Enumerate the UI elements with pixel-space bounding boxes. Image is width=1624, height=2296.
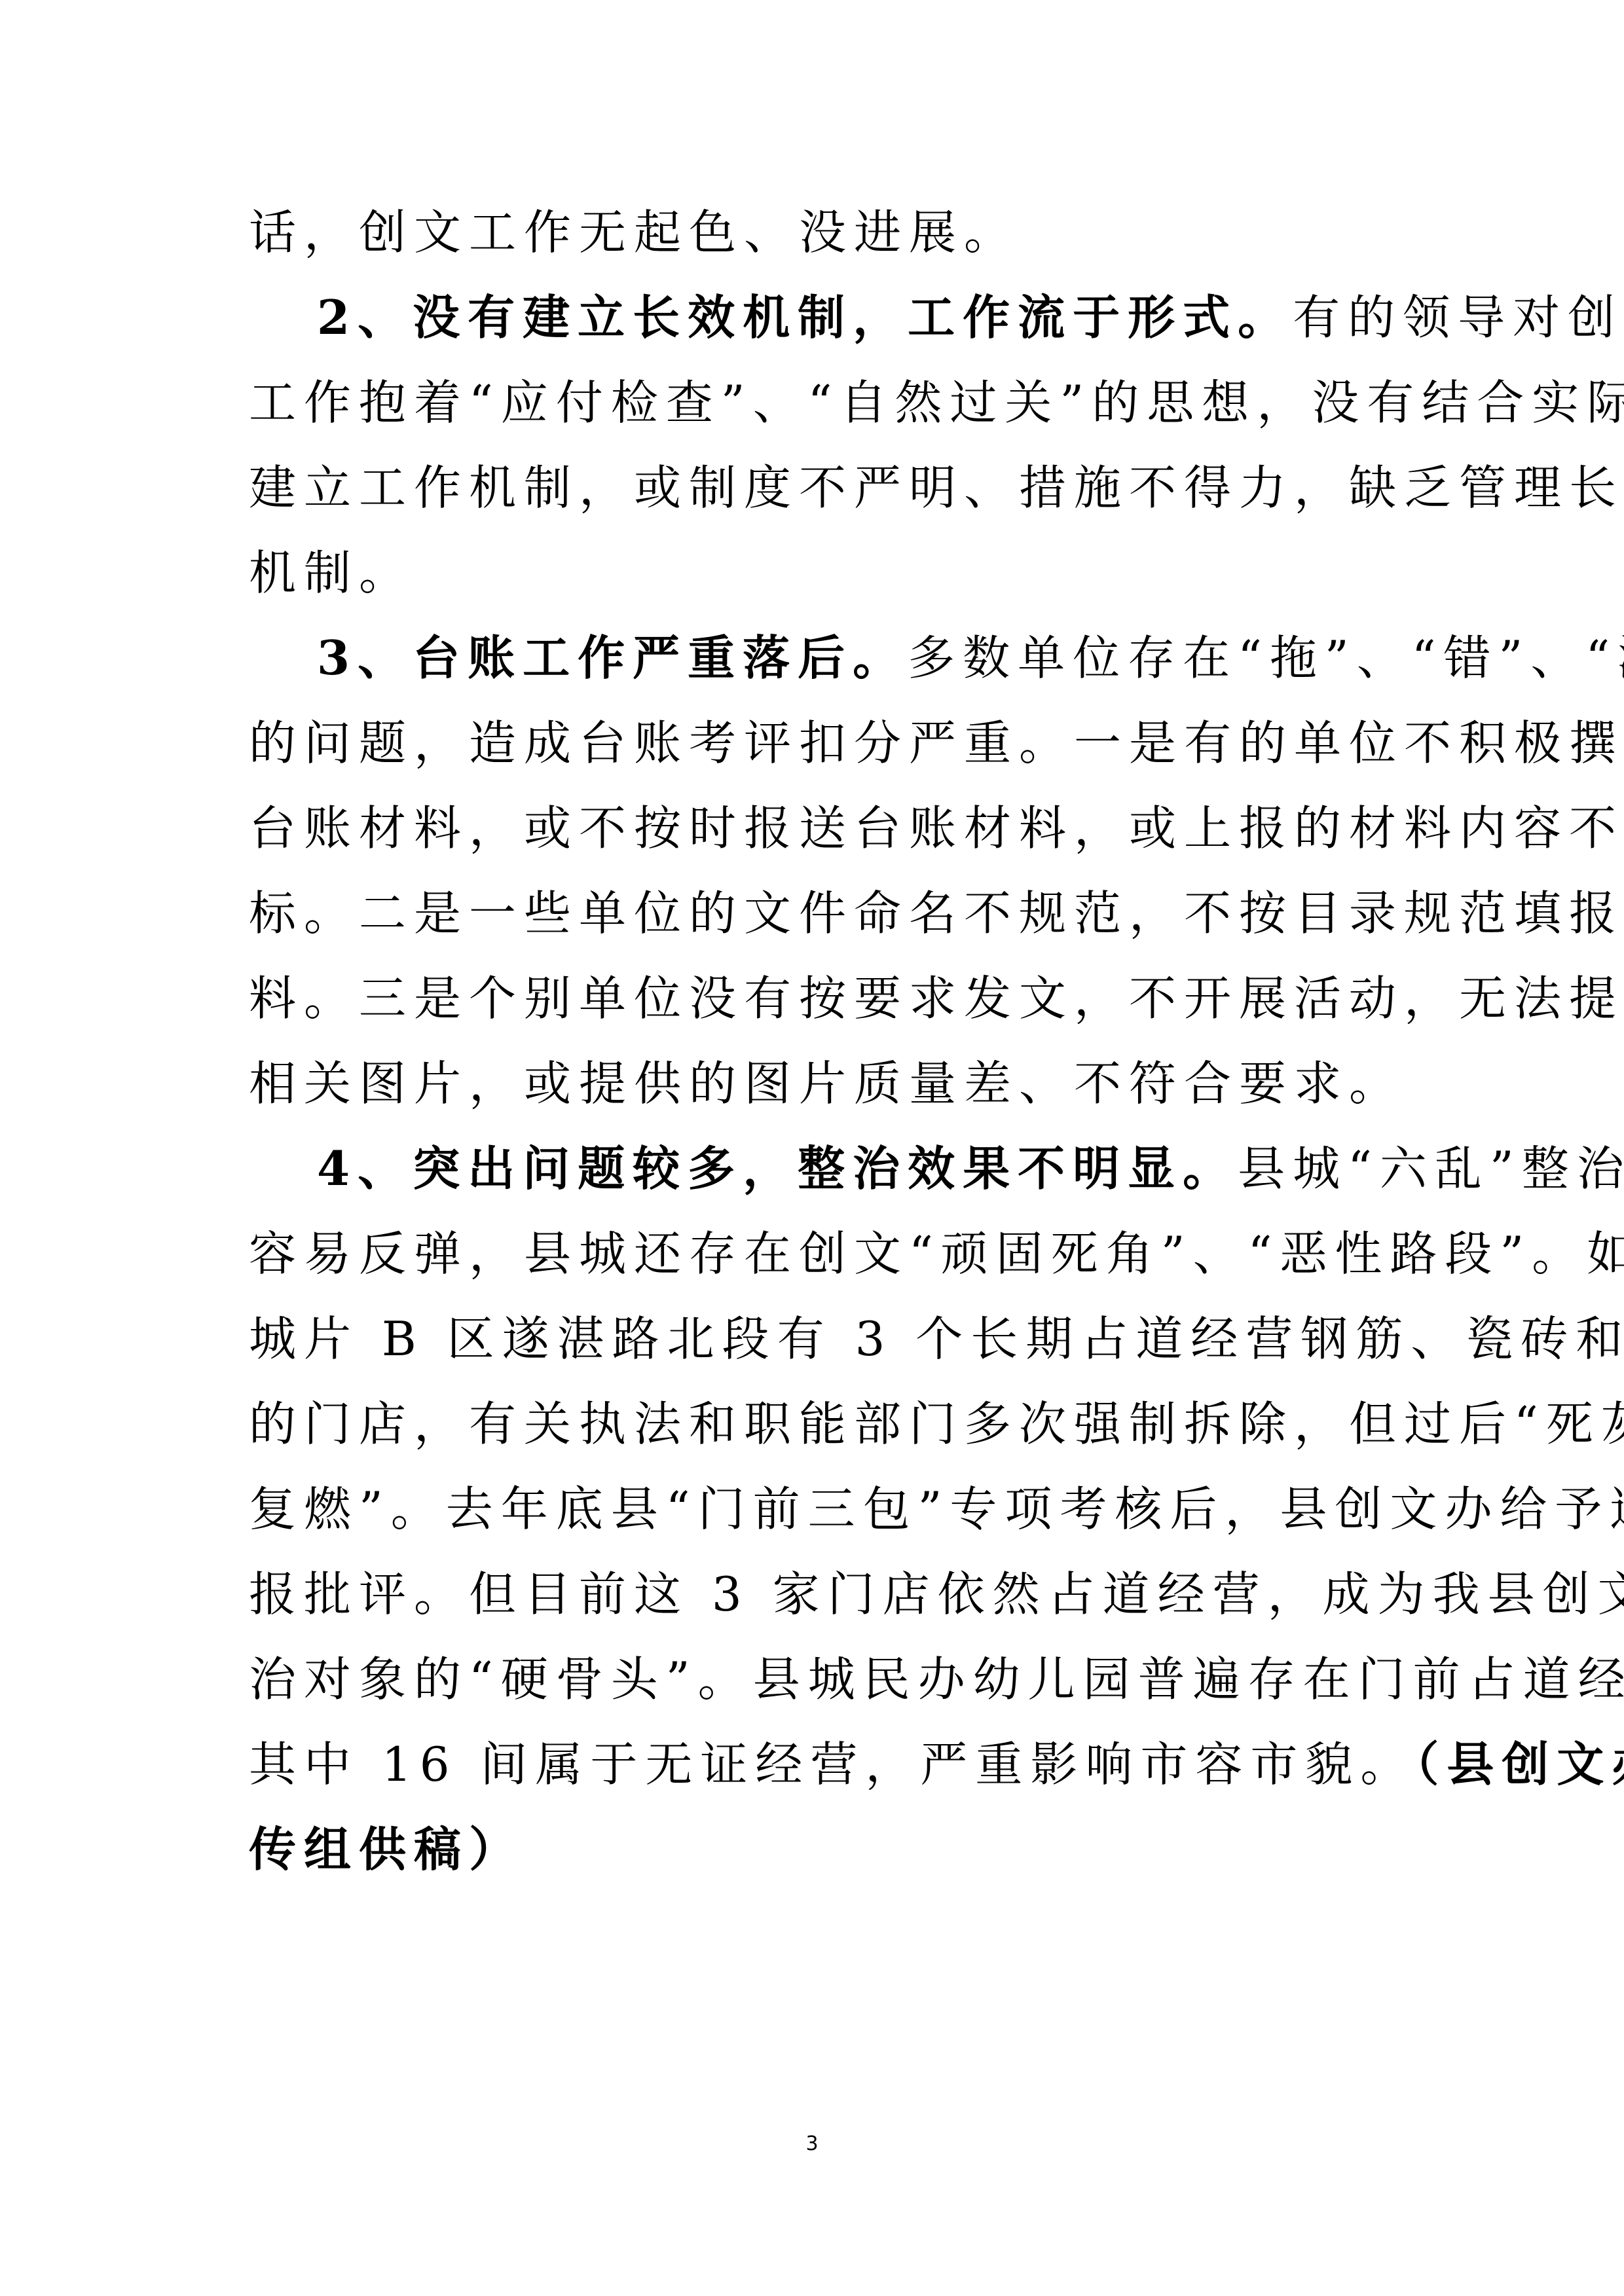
text-segment: 的门店，有关执法和职能部门多次强制拆除，但过后“死灰 [249, 1396, 1624, 1451]
text-segment: 有的领导对创文 [1293, 290, 1624, 345]
text-line: 建立工作机制，或制度不严明、措施不得力，缺乏管理长效 [249, 445, 1392, 530]
text-line: 机制。 [249, 530, 1392, 615]
text-segment: 机制。 [249, 545, 414, 600]
text-segment: 台账材料，或不按时报送台账材料，或上报的材料内容不对 [249, 801, 1624, 856]
text-segment: 县城“六乱”整治 [1238, 1141, 1624, 1196]
text-line: 相关图片，或提供的图片质量差、不符合要求。 [249, 1041, 1392, 1126]
text-segment: 相关图片，或提供的图片质量差、不符合要求。 [249, 1056, 1404, 1111]
text-line: 城片 B 区遂湛路北段有 3 个长期占道经营钢筋、瓷砖和饭店 [249, 1296, 1392, 1381]
text-line: 容易反弹，县城还存在创文“顽固死角”、“恶性路段”。如附 [249, 1211, 1392, 1296]
document-body: 话，创文工作无起色、没进展。2、没有建立长效机制，工作流于形式。有的领导对创文工… [249, 190, 1392, 1892]
text-line: 话，创文工作无起色、没进展。 [249, 190, 1392, 275]
text-segment: 报批评。但目前这 3 家门店依然占道经营，成为我县创文整 [249, 1567, 1624, 1622]
text-segment: 料。三是个别单位没有按要求发文，不开展活动，无法提供 [249, 971, 1624, 1026]
text-line: 料。三是个别单位没有按要求发文，不开展活动，无法提供 [249, 956, 1392, 1041]
text-segment: 的问题，造成台账考评扣分严重。一是有的单位不积极撰写 [249, 716, 1624, 771]
paragraph-p1-continuation: 话，创文工作无起色、没进展。 [249, 190, 1392, 275]
bold-text-segment: 4、突出问题较多，整治效果不明显。 [317, 1140, 1238, 1196]
text-segment: 其中 16 间属于无证经营，严重影响市容市貌。 [249, 1737, 1415, 1792]
bold-text-segment: 2、没有建立长效机制，工作流于形式。 [317, 289, 1293, 345]
paragraph-p3: 3、台账工作严重落后。多数单位存在“拖”、“错”、“漏”的问题，造成台账考评扣分… [249, 615, 1392, 1126]
text-line: 传组供稿） [249, 1807, 1392, 1892]
paragraph-p4: 4、突出问题较多，整治效果不明显。县城“六乱”整治容易反弹，县城还存在创文“顽固… [249, 1126, 1392, 1892]
bold-text-segment: 传组供稿） [249, 1821, 524, 1877]
text-line: 台账材料，或不按时报送台账材料，或上报的材料内容不对 [249, 786, 1392, 871]
text-segment: 建立工作机制，或制度不严明、措施不得力，缺乏管理长效 [249, 460, 1624, 515]
bold-text-segment: （县创文办宣 [1415, 1736, 1624, 1792]
text-segment: 多数单位存在“拖”、“错”、“漏” [908, 630, 1624, 685]
text-segment: 容易反弹，县城还存在创文“顽固死角”、“恶性路段”。如附 [249, 1226, 1624, 1281]
text-line: 2、没有建立长效机制，工作流于形式。有的领导对创文 [249, 275, 1392, 360]
text-line: 标。二是一些单位的文件命名不规范，不按目录规范填报材 [249, 871, 1392, 956]
text-line: 报批评。但目前这 3 家门店依然占道经营，成为我县创文整 [249, 1552, 1392, 1637]
text-segment: 城片 B 区遂湛路北段有 3 个长期占道经营钢筋、瓷砖和饭店 [249, 1311, 1624, 1366]
document-page: 话，创文工作无起色、没进展。2、没有建立长效机制，工作流于形式。有的领导对创文工… [0, 0, 1624, 2296]
text-line: 其中 16 间属于无证经营，严重影响市容市貌。（县创文办宣 [249, 1722, 1392, 1807]
text-line: 复燃”。去年底县“门前三包”专项考核后，县创文办给予通 [249, 1467, 1392, 1552]
bold-text-segment: 3、台账工作严重落后。 [317, 630, 908, 685]
text-line: 工作抱着“应付检查”、“自然过关”的思想，没有结合实际 [249, 360, 1392, 445]
text-line: 4、突出问题较多，整治效果不明显。县城“六乱”整治 [249, 1126, 1392, 1211]
text-line: 3、台账工作严重落后。多数单位存在“拖”、“错”、“漏” [249, 615, 1392, 701]
text-line: 的门店，有关执法和职能部门多次强制拆除，但过后“死灰 [249, 1381, 1392, 1467]
text-segment: 治对象的“硬骨头”。县城民办幼儿园普遍存在门前占道经营， [249, 1652, 1624, 1707]
text-line: 治对象的“硬骨头”。县城民办幼儿园普遍存在门前占道经营， [249, 1637, 1392, 1722]
paragraph-p2: 2、没有建立长效机制，工作流于形式。有的领导对创文工作抱着“应付检查”、“自然过… [249, 275, 1392, 615]
text-line: 的问题，造成台账考评扣分严重。一是有的单位不积极撰写 [249, 701, 1392, 786]
text-segment: 复燃”。去年底县“门前三包”专项考核后，县创文办给予通 [249, 1482, 1624, 1537]
text-segment: 标。二是一些单位的文件命名不规范，不按目录规范填报材 [249, 886, 1624, 941]
text-segment: 工作抱着“应付检查”、“自然过关”的思想，没有结合实际 [249, 375, 1624, 430]
text-segment: 话，创文工作无起色、没进展。 [249, 205, 1019, 260]
page-number: 3 [0, 2131, 1624, 2157]
